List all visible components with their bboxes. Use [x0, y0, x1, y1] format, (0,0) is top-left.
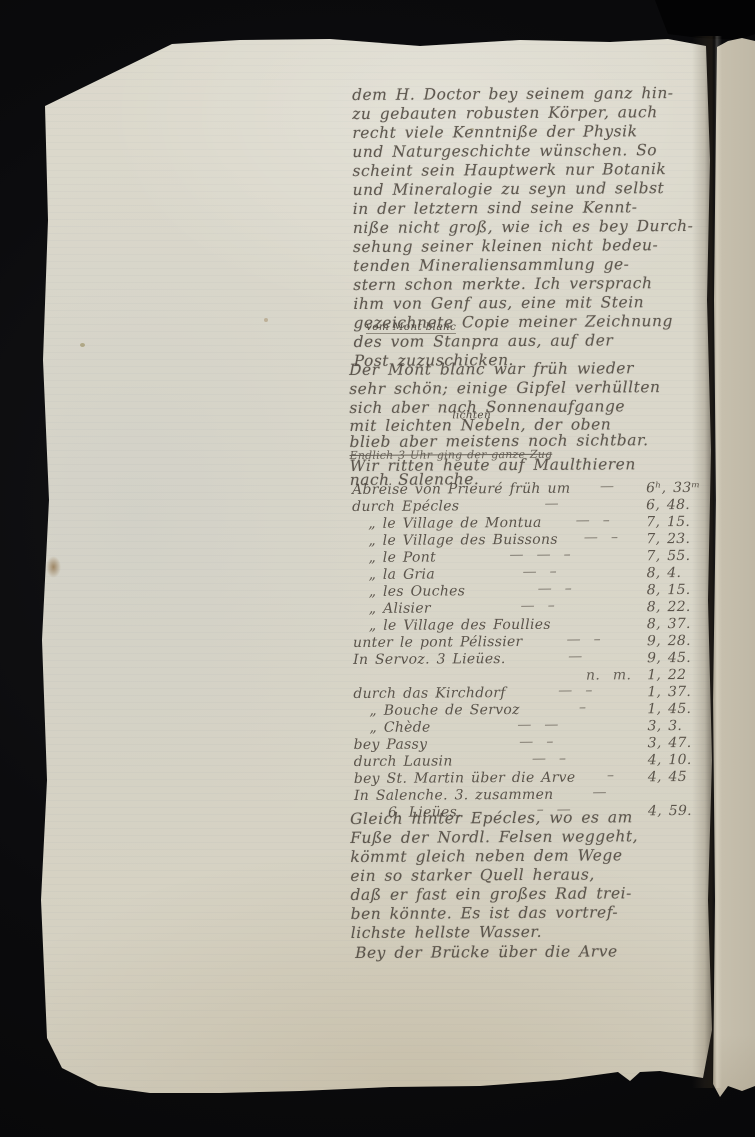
itinerary-place: bey Passy: [354, 737, 428, 754]
dash-leader: — –: [427, 733, 645, 751]
itinerary-time: 9, 45.: [645, 650, 711, 667]
itinerary-place: „ le Pont: [352, 549, 436, 567]
manuscript-line: dem H. Doctor bey seinem ganz hin-: [352, 84, 693, 105]
manuscript-line: kömmt gleich neben dem Wege: [350, 846, 638, 867]
manuscript-line: ben könnte. Es ist das vortref-: [351, 903, 639, 924]
page-number: 576.: [49, 48, 84, 67]
itinerary-place: unter le pont Pélissier: [353, 634, 523, 652]
dash-leader: —: [506, 648, 646, 666]
itinerary-place: durch das Kirchdorf: [353, 685, 505, 703]
dash-leader: —: [570, 478, 644, 495]
manuscript-line: in der letztern sind seine Kennt-: [353, 198, 694, 219]
itinerary-place: durch Epécles: [352, 498, 459, 516]
itinerary-place: „ Chède: [353, 720, 430, 737]
dash-leader: — –: [465, 580, 645, 598]
itinerary-place: „ la Gria: [353, 566, 435, 584]
dash-leader: —: [553, 784, 646, 802]
dash-leader: — —: [431, 716, 646, 734]
manuscript-line: Der Mont blanc war früh wieder: [349, 359, 660, 380]
manuscript-line: ihm von Genf aus, eine mit Stein: [353, 293, 694, 314]
itinerary-row: durch Epécles — 6, 48.: [352, 497, 710, 516]
itinerary-time: 3, 3.: [645, 718, 711, 735]
manuscript-line: sich aber nach Sonnenaufgange: [349, 397, 660, 418]
manuscript-line: recht viele Kenntniße der Physik: [352, 122, 693, 143]
itinerary-place: „ le Village de Montua: [352, 515, 541, 533]
dash-leader: –: [520, 699, 646, 717]
itinerary-row: „ le Village de Montua — – 7, 15.: [352, 514, 710, 533]
itinerary-time: 4, 45: [646, 769, 712, 786]
scan-photograph: 576. dem H. Doctor bey seinem ganz hin- …: [0, 0, 755, 1137]
itinerary-time: 8, 37.: [645, 616, 711, 633]
dash-leader: — –: [558, 529, 645, 547]
itinerary-time: 3, 47.: [646, 735, 712, 752]
itinerary-place: „ Alisier: [353, 601, 431, 618]
manuscript-line: zu gebauten robusten Körper, auch: [352, 103, 693, 124]
manuscript-line: Gleich hinter Epécles, wo es am: [350, 808, 638, 829]
itinerary-row: durch Lausin — – 4, 10.: [354, 752, 712, 771]
dash-leader: –: [575, 767, 645, 784]
manuscript-line: tenden Mineraliensammlung ge-: [353, 255, 694, 276]
itinerary-time: 6, 48.: [644, 497, 710, 514]
itinerary-time: 6ʰ, 33ᵐ: [644, 480, 710, 497]
manuscript-line: und Naturgeschichte wünschen. So: [352, 141, 693, 162]
itinerary-time: 8, 15.: [645, 582, 711, 599]
itinerary-time: 7, 55.: [644, 548, 710, 565]
manuscript-line: stern schon merkte. Ich versprach: [353, 274, 694, 295]
itinerary-place: „ le Village des Foullies: [353, 617, 551, 635]
itinerary-time: 7, 23.: [644, 531, 710, 548]
foxing-speck: [264, 318, 268, 322]
interlinear-insertion: vom Mont blanc: [366, 322, 456, 334]
manuscript-line: scheint sein Hauptwerk nur Botanik: [352, 160, 693, 181]
dash-leader: — –: [506, 682, 646, 700]
manuscript-line: und Mineralogie zu seyn und selbst: [353, 179, 694, 200]
manuscript-line: niße nicht groß, wie ich es bey Durch-: [353, 217, 694, 238]
dash-leader: — –: [542, 512, 645, 530]
itinerary-time: 1, 45.: [645, 701, 711, 718]
manuscript-line: ein so starker Quell heraus,: [350, 865, 638, 886]
interlinear-word: lichten: [452, 410, 491, 421]
closing-line-block: Bey der Brücke über die Arve: [355, 942, 618, 963]
itinerary-time: 8, 22.: [645, 599, 711, 616]
paragraph-3: Gleich hinter Epécles, wo es am Fuße der…: [350, 808, 639, 943]
manuscript-line: des vom Stanpra aus, auf der: [354, 331, 695, 352]
edge-stain: [46, 556, 61, 578]
itinerary-place: In Servoz. 3 Lieües.: [353, 651, 506, 669]
itinerary-time: 7, 15.: [644, 514, 710, 531]
foxing-speck: [470, 128, 474, 131]
itinerary-time: 1, 22: [645, 667, 711, 684]
dash-leader: — –: [435, 563, 645, 581]
manuscript-line: lichste hellste Wasser.: [351, 922, 639, 943]
paragraph-2: Der Mont blanc war früh wieder sehr schö…: [349, 359, 661, 490]
itinerary-place: durch Lausin: [354, 753, 453, 771]
itinerary-time: 4, 59.: [646, 803, 712, 820]
dash-leader: — –: [453, 750, 646, 768]
itinerary-time: 8, 4.: [645, 565, 711, 582]
foxing-speck: [80, 343, 85, 347]
manuscript-line: sehung seiner kleinen nicht bedeu-: [353, 236, 694, 257]
manuscript-line: sehr schön; einige Gipfel verhüllten: [349, 378, 660, 399]
itinerary-time: 4, 10.: [646, 752, 712, 769]
itinerary-time: 1, 37.: [645, 684, 711, 701]
dash-leader: — –: [431, 597, 645, 615]
dash-leader: [551, 626, 645, 627]
itinerary-row: bey St. Martin über die Arve – 4, 45: [354, 769, 712, 788]
dash-leader: — — –: [436, 546, 645, 564]
itinerary-row: In Servoz. 3 Lieües. — 9, 45.: [353, 650, 711, 669]
manuscript-page: 576. dem H. Doctor bey seinem ganz hin- …: [0, 0, 755, 1137]
dash-leader: —: [459, 495, 644, 513]
manuscript-line: daß er fast ein großes Rad trei-: [350, 884, 638, 905]
itinerary-place: bey St. Martin über die Arve: [354, 770, 576, 788]
manuscript-line: Fuße der Nordl. Felsen weggeht,: [350, 827, 638, 848]
itinerary-list: Abreise von Prieuré früh um — 6ʰ, 33ᵐ du…: [352, 480, 712, 822]
itinerary-row: „ Alisier — – 8, 22.: [353, 599, 711, 618]
dash-leader: — –: [522, 631, 645, 649]
manuscript-line: Bey der Brücke über die Arve: [355, 942, 618, 963]
itinerary-time: 9, 28.: [645, 633, 711, 650]
